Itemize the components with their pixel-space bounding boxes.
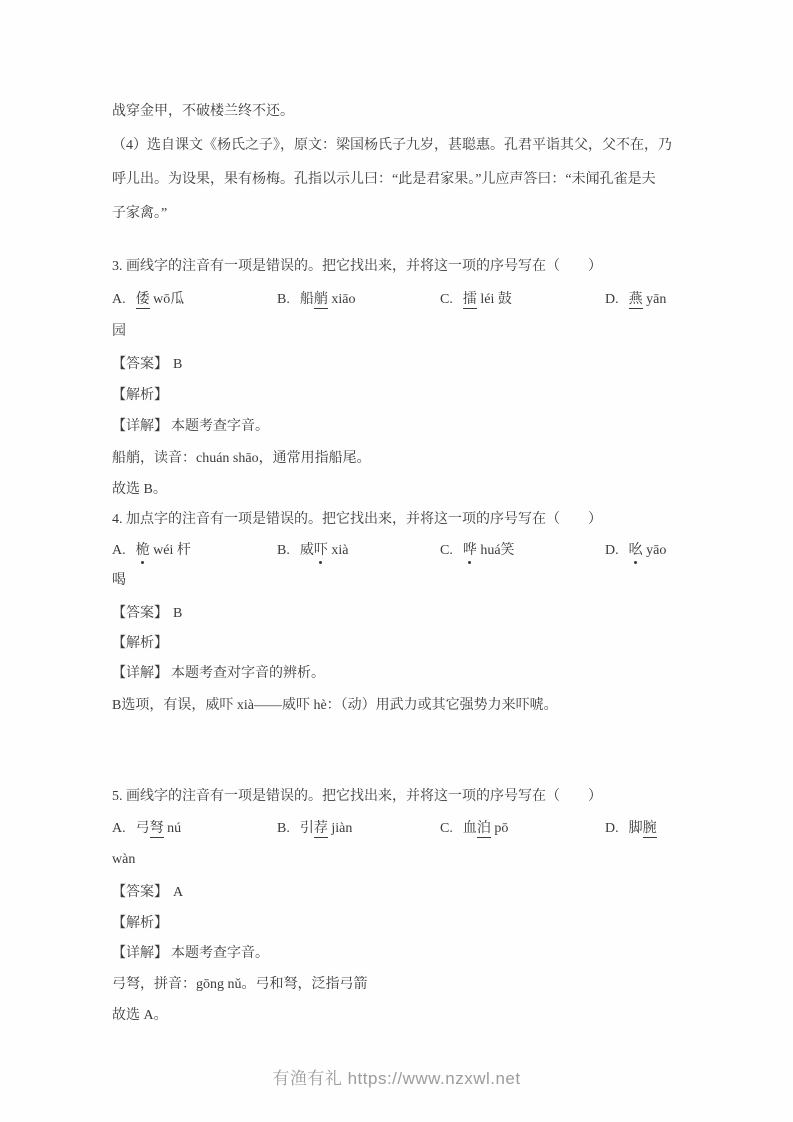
question-3-stem: 3. 画线字的注音有一项是错误的。把它找出来，并将这一项的序号写在（ ） (112, 258, 602, 275)
q5-option-d-overflow: wàn (112, 851, 135, 868)
option-label: B. (277, 292, 290, 307)
answer-tag: 【答案】 (112, 606, 168, 621)
q5-option-c: C.血泊 pō (440, 820, 508, 837)
option-underlined-char: 倭 (136, 292, 150, 309)
q5-option-a: A.弓弩 nú (112, 820, 181, 837)
q3-answer-line: 【答案】B (112, 356, 182, 373)
option-label: D. (605, 821, 619, 836)
q5-option-d: D.脚腕 (605, 820, 657, 837)
option-text: huá笑 (477, 543, 515, 558)
option-text: wéi 杆 (150, 543, 191, 558)
option-label: C. (440, 543, 453, 558)
q5-option-b: B.引荐 jiàn (277, 820, 352, 837)
option-dotted-char: 哗 (463, 542, 477, 559)
q5-analysis-tag: 【解析】 (112, 915, 168, 932)
option-text: nú (164, 821, 182, 836)
question-5-stem: 5. 画线字的注音有一项是错误的。把它找出来，并将这一项的序号写在（ ） (112, 788, 602, 805)
option-underlined-char: 泊 (477, 821, 491, 838)
q3-option-d: D.燕 yān (605, 291, 666, 308)
option-dotted-char: 桅 (136, 542, 150, 559)
q3-analysis-tag: 【解析】 (112, 387, 168, 404)
option-text: xià (328, 543, 349, 558)
q3-option-c: C.擂 léi 鼓 (440, 291, 512, 308)
q3-option-b: B.船艄 xiāo (277, 291, 355, 308)
q4-option-a: A.桅 wéi 杆 (112, 542, 191, 559)
detail-text: 本题考查字音。 (171, 946, 269, 961)
option-label: C. (440, 292, 453, 307)
question-5-options: A.弓弩 nú B.引荐 jiàn C.血泊 pō D.脚腕 (112, 820, 682, 840)
option-label: A. (112, 292, 126, 307)
option-label: A. (112, 543, 126, 558)
option-text: 威 (300, 543, 314, 558)
answer-value: A (173, 885, 183, 900)
answer-value: B (173, 606, 182, 621)
detail-text: 本题考查对字音的辨析。 (171, 666, 325, 681)
option-label: C. (440, 821, 453, 836)
detail-tag: 【详解】 (112, 419, 168, 434)
q4-detail-line: 【详解】本题考查对字音的辨析。 (112, 665, 325, 682)
question-4-options: A.桅 wéi 杆 B.威吓 xià C.哗 huá笑 D.吆 yāo (112, 542, 682, 562)
q5-conclusion-line: 故选 A。 (112, 1007, 168, 1024)
q3-option-d-overflow: 园 (112, 323, 126, 340)
option-label: B. (277, 821, 290, 836)
q4-answer-line: 【答案】B (112, 605, 182, 622)
option-underlined-char: 擂 (463, 292, 477, 309)
option-underlined-char: 弩 (150, 821, 164, 838)
option-label: A. (112, 821, 126, 836)
option-underlined-char: 腕 (643, 821, 657, 838)
passage-line-2: （4）选自课文《杨氏之子》，原文：梁国杨氏子九岁，甚聪惠。孔君平诣其父，父不在，… (112, 137, 672, 154)
option-underlined-char: 荐 (314, 821, 328, 838)
q4-option-c: C.哗 huá笑 (440, 542, 515, 559)
question-3-options: A.倭 wō瓜 B.船艄 xiāo C.擂 léi 鼓 D.燕 yān (112, 291, 682, 311)
question-4-stem: 4. 加点字的注音有一项是错误的。把它找出来，并将这一项的序号写在（ ） (112, 511, 602, 528)
q3-detail-line: 【详解】本题考查字音。 (112, 418, 269, 435)
q3-option-a: A.倭 wō瓜 (112, 291, 184, 308)
option-label: B. (277, 543, 290, 558)
option-dotted-char: 吓 (314, 542, 328, 559)
answer-value: B (173, 357, 182, 372)
option-text: pō (491, 821, 509, 836)
passage-line-1: 战穿金甲，不破楼兰终不还。 (112, 103, 294, 120)
q4-option-b: B.威吓 xià (277, 542, 348, 559)
option-underlined-char: 艄 (314, 292, 328, 309)
option-text: 弓 (136, 821, 150, 836)
option-text: yān (643, 292, 667, 307)
watermark-footer: 有渔有礼 https://www.nzxwl.net (0, 1064, 793, 1089)
q5-detail-line: 【详解】本题考查字音。 (112, 945, 269, 962)
option-dotted-char: 吆 (629, 542, 643, 559)
q4-explain-line: B选项，有误，威吓 xià——威吓 hè：（动）用武力或其它强势力来吓唬。 (112, 697, 558, 714)
option-label: D. (605, 543, 619, 558)
passage-line-3: 呼儿出。为设果，果有杨梅。孔指以示儿曰：“此是君家果。”儿应声答曰：“未闻孔雀是… (112, 171, 656, 188)
option-underlined-char: 燕 (629, 292, 643, 309)
option-label: D. (605, 292, 619, 307)
answer-tag: 【答案】 (112, 357, 168, 372)
option-text: 船 (300, 292, 314, 307)
q4-option-d: D.吆 yāo (605, 542, 666, 559)
exam-answer-document: 战穿金甲，不破楼兰终不还。 （4）选自课文《杨氏之子》，原文：梁国杨氏子九岁，甚… (0, 0, 793, 1122)
option-text: yāo (643, 543, 667, 558)
q3-explain-line: 船艄，读音：chuán shāo，通常用指船尾。 (112, 450, 371, 467)
detail-tag: 【详解】 (112, 946, 168, 961)
option-text: xiāo (328, 292, 356, 307)
q4-analysis-tag: 【解析】 (112, 635, 168, 652)
passage-line-4: 子家禽。” (112, 205, 167, 222)
detail-text: 本题考查字音。 (171, 419, 269, 434)
option-text: jiàn (328, 821, 353, 836)
option-text: léi 鼓 (477, 292, 512, 307)
detail-tag: 【详解】 (112, 666, 168, 681)
q3-conclusion-line: 故选 B。 (112, 481, 167, 498)
q5-explain-line: 弓弩，拼音：gōng nǔ。弓和弩，泛指弓箭 (112, 976, 368, 993)
option-text: 引 (300, 821, 314, 836)
q4-option-d-overflow: 喝 (112, 572, 126, 589)
q5-answer-line: 【答案】A (112, 884, 183, 901)
answer-tag: 【答案】 (112, 885, 168, 900)
option-text: 脚 (629, 821, 643, 836)
option-text: 血 (463, 821, 477, 836)
option-text: wō瓜 (150, 292, 185, 307)
